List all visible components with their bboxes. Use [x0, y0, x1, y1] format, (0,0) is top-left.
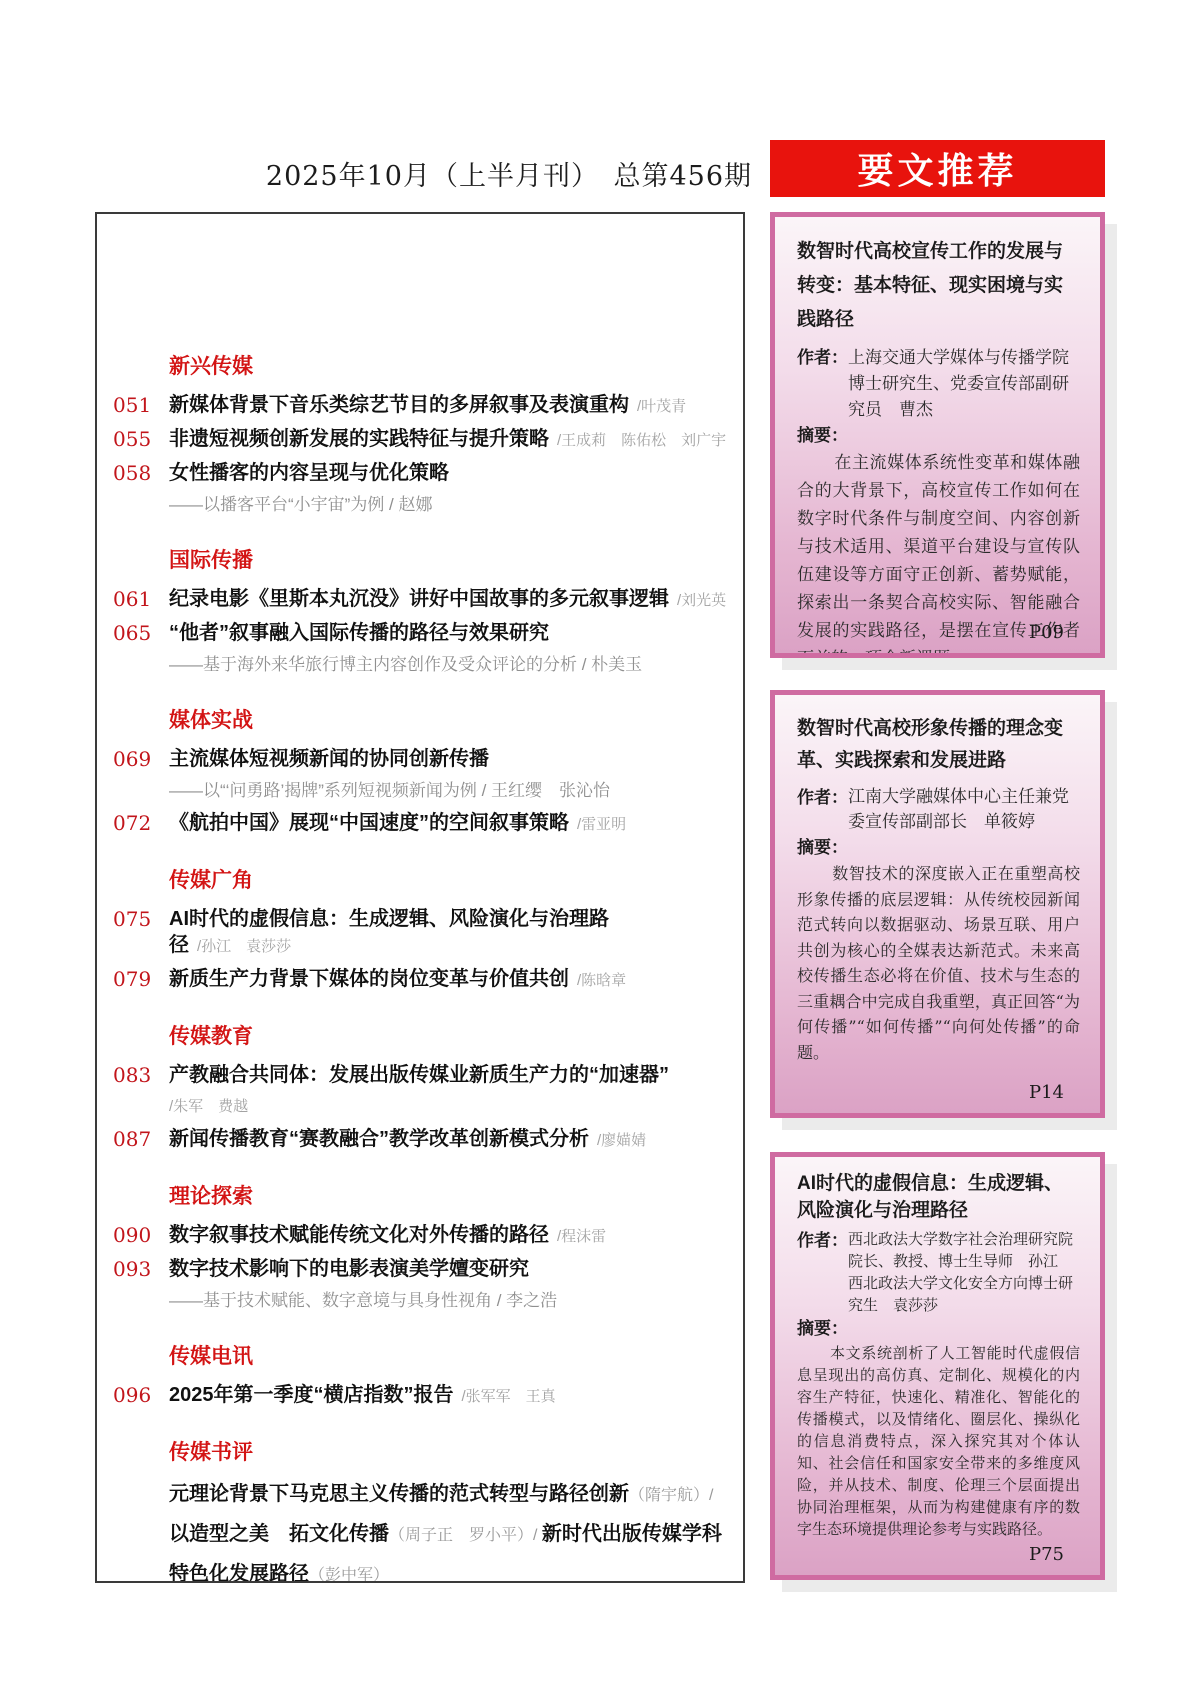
featured-author-block: 作者： 西北政法大学数字社会治理研究院院长、教授、博士生导师 孙江 西北政法大学…: [797, 1228, 1080, 1316]
entry-page-number-empty: [113, 1288, 169, 1314]
entry-page-number: 096: [113, 1382, 169, 1410]
magazine-toc-page: 2025年10月（上半月刊） 总第456期 要文推荐 新兴传媒 051 新媒体背…: [0, 0, 1190, 1682]
entry-title: 2025年第一季度“横店指数”报告/张军军 王真: [169, 1382, 727, 1410]
toc-entry-subtitle: ——基于技术赋能、数字意境与具身性视角 / 李之浩: [113, 1288, 727, 1314]
abstract-label: 摘要：: [797, 835, 1080, 861]
entry-subtitle: ——基于技术赋能、数字意境与具身性视角 / 李之浩: [169, 1288, 727, 1314]
featured-title: 数智时代高校宣传工作的发展与转变：基本特征、现实困境与实践路径: [797, 235, 1080, 337]
entry-authors: /陈晗章: [577, 972, 626, 989]
author-label: 作者：: [797, 345, 848, 423]
toc-entry-subtitle: ——以“‘问勇路’揭牌”系列短视频新闻为例 / 王红缨 张沁怡: [113, 778, 727, 804]
entry-title: 非遗短视频创新发展的实践特征与提升策略/王成莉 陈佑松 刘广宇: [169, 426, 727, 454]
entry-page-number-empty: [113, 1094, 169, 1120]
author-label: 作者：: [797, 785, 848, 835]
entry-page-number: 075: [113, 906, 169, 960]
entry-title: 新媒体背景下音乐类综艺节目的多屏叙事及表演重构/叶茂青: [169, 392, 727, 420]
featured-abstract: 数智技术的深度嵌入正在重塑高校形象传播的底层逻辑：从传统校园新闻范式转向以数据驱…: [797, 861, 1080, 1065]
entry-page-number: 061: [113, 586, 169, 614]
toc-entry: 096 2025年第一季度“横店指数”报告/张军军 王真: [113, 1382, 727, 1410]
section-heading: 新兴传媒: [169, 354, 727, 380]
entry-title: “他者”叙事融入国际传播的路径与效果研究: [169, 620, 727, 646]
entry-authors: /程沫雷: [557, 1228, 606, 1245]
toc-entry: 079 新质生产力背景下媒体的岗位变革与价值共创/陈晗章: [113, 966, 727, 994]
toc-entry: 090 数字叙事技术赋能传统文化对外传播的路径/程沫雷: [113, 1222, 727, 1250]
featured-article-card-2: 数智时代高校形象传播的理念变革、实践探索和发展进路 作者： 江南大学融媒体中心主…: [770, 690, 1105, 1118]
entry-subtitle: ——以播客平台“小宇宙”为例 / 赵娜: [169, 492, 727, 518]
section-heading: 理论探索: [169, 1184, 727, 1210]
section-heading: 传媒教育: [169, 1024, 727, 1050]
entry-page-number: 058: [113, 460, 169, 486]
toc-entry: 072 《航拍中国》展现“中国速度”的空间叙事策略/雷亚明: [113, 810, 727, 838]
entry-page-number-empty: [113, 652, 169, 678]
section-heading: 传媒广角: [169, 868, 727, 894]
toc-entry: 075 AI时代的虚假信息：生成逻辑、风险演化与治理路径/孙江 袁莎莎: [113, 906, 727, 960]
book-review-line: 以造型之美 拓文化传播（周子正 罗小平）/ 新时代出版传媒学科: [169, 1518, 727, 1552]
toc-section-theory: 理论探索 090 数字叙事技术赋能传统文化对外传播的路径/程沫雷 093 数字技…: [113, 1184, 727, 1314]
book-review-authors: （隋宇航）/: [629, 1487, 713, 1504]
author-label: 作者：: [797, 1228, 848, 1316]
abstract-label: 摘要：: [797, 423, 1080, 449]
entry-page-number: 055: [113, 426, 169, 454]
book-review-authors: （彭中军）: [309, 1567, 389, 1583]
featured-banner-title: 要文推荐: [857, 143, 1017, 194]
entry-authors: /张军军 王真: [462, 1388, 556, 1405]
entry-authors: /王成莉 陈佑松 刘广宇: [557, 432, 726, 449]
section-heading: 媒体实战: [169, 708, 727, 734]
entry-authors: /朱军 费越: [169, 1094, 727, 1120]
toc-content: 新兴传媒 051 新媒体背景下音乐类综艺节目的多屏叙事及表演重构/叶茂青 055…: [97, 214, 743, 1583]
entry-title: 纪录电影《里斯本丸沉没》讲好中国故事的多元叙事逻辑/刘光英: [169, 586, 727, 614]
book-review-line: 特色化发展路径（彭中军）: [169, 1558, 727, 1583]
entry-authors: /孙江 袁莎莎: [197, 938, 291, 955]
featured-author-block: 作者： 江南大学融媒体中心主任兼党委宣传部副部长 单筱婷: [797, 785, 1080, 835]
entry-title: 主流媒体短视频新闻的协同创新传播: [169, 746, 727, 772]
section-heading: 传媒书评: [169, 1440, 727, 1466]
entry-page-number-empty: [113, 492, 169, 518]
featured-title: AI时代的虚假信息：生成逻辑、风险演化与治理路径: [797, 1170, 1080, 1224]
toc-entry: 051 新媒体背景下音乐类综艺节目的多屏叙事及表演重构/叶茂青: [113, 392, 727, 420]
entry-authors: /雷亚明: [577, 816, 626, 833]
entry-title: 产教融合共同体：发展出版传媒业新质生产力的“加速器”: [169, 1062, 727, 1088]
toc-entry: 055 非遗短视频创新发展的实践特征与提升策略/王成莉 陈佑松 刘广宇: [113, 426, 727, 454]
entry-page-number: 083: [113, 1062, 169, 1088]
entry-page-number: 090: [113, 1222, 169, 1250]
toc-section-new-media: 新兴传媒 051 新媒体背景下音乐类综艺节目的多屏叙事及表演重构/叶茂青 055…: [113, 354, 727, 518]
toc-box: 新兴传媒 051 新媒体背景下音乐类综艺节目的多屏叙事及表演重构/叶茂青 055…: [95, 212, 745, 1583]
entry-page-number-empty: [113, 778, 169, 804]
entry-title: 新质生产力背景下媒体的岗位变革与价值共创/陈晗章: [169, 966, 727, 994]
featured-article-card-3: AI时代的虚假信息：生成逻辑、风险演化与治理路径 作者： 西北政法大学数字社会治…: [770, 1152, 1105, 1580]
featured-authors: 江南大学融媒体中心主任兼党委宣传部副部长 单筱婷: [848, 785, 1080, 835]
entry-page-number: 093: [113, 1256, 169, 1282]
entry-page-number: 065: [113, 620, 169, 646]
toc-section-international: 国际传播 061 纪录电影《里斯本丸沉没》讲好中国故事的多元叙事逻辑/刘光英 0…: [113, 548, 727, 678]
toc-entry: 087 新闻传播教育“赛教融合”教学改革创新模式分析/廖媌婧: [113, 1126, 727, 1154]
entry-page-number: 069: [113, 746, 169, 772]
toc-entry: 083 产教融合共同体：发展出版传媒业新质生产力的“加速器”: [113, 1062, 727, 1088]
featured-author-block: 作者： 上海交通大学媒体与传播学院博士研究生、党委宣传部副研究员 曹杰: [797, 345, 1080, 423]
toc-entry: 093 数字技术影响下的电影表演美学嬗变研究: [113, 1256, 727, 1282]
toc-entry-subtitle: ——以播客平台“小宇宙”为例 / 赵娜: [113, 492, 727, 518]
entry-title: 女性播客的内容呈现与优化策略: [169, 460, 727, 486]
featured-authors: 西北政法大学数字社会治理研究院院长、教授、博士生导师 孙江 西北政法大学文化安全…: [848, 1228, 1080, 1316]
featured-title: 数智时代高校形象传播的理念变革、实践探索和发展进路: [797, 713, 1080, 777]
entry-title: 《航拍中国》展现“中国速度”的空间叙事策略/雷亚明: [169, 810, 727, 838]
toc-section-media-telecom: 传媒电讯 096 2025年第一季度“横店指数”报告/张军军 王真: [113, 1344, 727, 1410]
featured-author-1: 西北政法大学数字社会治理研究院院长、教授、博士生导师 孙江: [848, 1230, 1073, 1270]
entry-authors: /廖媌婧: [597, 1132, 646, 1149]
entry-subtitle: ——以“‘问勇路’揭牌”系列短视频新闻为例 / 王红缨 张沁怡: [169, 778, 727, 804]
toc-entry: 058 女性播客的内容呈现与优化策略: [113, 460, 727, 486]
entry-title: 新闻传播教育“赛教融合”教学改革创新模式分析/廖媌婧: [169, 1126, 727, 1154]
featured-authors: 上海交通大学媒体与传播学院博士研究生、党委宣传部副研究员 曹杰: [848, 345, 1080, 423]
featured-author-2: 西北政法大学文化安全方向博士研究生 袁莎莎: [848, 1274, 1073, 1314]
toc-section-media-practice: 媒体实战 069 主流媒体短视频新闻的协同创新传播 ——以“‘问勇路’揭牌”系列…: [113, 708, 727, 838]
entry-authors: /叶茂青: [637, 398, 686, 415]
toc-section-book-review: 传媒书评 元理论背景下马克思主义传播的范式转型与路径创新（隋宇航）/ 以造型之美…: [113, 1440, 727, 1583]
book-review-authors: （周子正 罗小平）/: [389, 1527, 542, 1544]
featured-article-card-1: 数智时代高校宣传工作的发展与转变：基本特征、现实困境与实践路径 作者： 上海交通…: [770, 212, 1105, 658]
entry-page-number: 087: [113, 1126, 169, 1154]
featured-page-ref: P09: [1029, 622, 1064, 643]
section-heading: 国际传播: [169, 548, 727, 574]
toc-entry: 061 纪录电影《里斯本丸沉没》讲好中国故事的多元叙事逻辑/刘光英: [113, 586, 727, 614]
book-review-line: 元理论背景下马克思主义传播的范式转型与路径创新（隋宇航）/: [169, 1478, 727, 1512]
toc-entry: 065 “他者”叙事融入国际传播的路径与效果研究: [113, 620, 727, 646]
entry-page-number: 072: [113, 810, 169, 838]
featured-page-ref: P14: [1029, 1082, 1064, 1103]
featured-banner: 要文推荐: [770, 140, 1105, 197]
toc-entry-subtitle: ——基于海外来华旅行博主内容创作及受众评论的分析 / 朴美玉: [113, 652, 727, 678]
issue-info: 2025年10月（上半月刊） 总第456期: [0, 154, 752, 193]
entry-subtitle: ——基于海外来华旅行博主内容创作及受众评论的分析 / 朴美玉: [169, 652, 727, 678]
toc-section-media-education: 传媒教育 083 产教融合共同体：发展出版传媒业新质生产力的“加速器” /朱军 …: [113, 1024, 727, 1154]
toc-section-media-wide-angle: 传媒广角 075 AI时代的虚假信息：生成逻辑、风险演化与治理路径/孙江 袁莎莎…: [113, 868, 727, 994]
featured-abstract: 本文系统剖析了人工智能时代虚假信息呈现出的高仿真、定制化、规模化的内容生产特征，…: [797, 1342, 1080, 1540]
toc-entry: 069 主流媒体短视频新闻的协同创新传播: [113, 746, 727, 772]
section-heading: 传媒电讯: [169, 1344, 727, 1370]
entry-authors: /刘光英: [677, 592, 726, 609]
abstract-label: 摘要：: [797, 1316, 1080, 1342]
entry-page-number: 079: [113, 966, 169, 994]
entry-title: 数字叙事技术赋能传统文化对外传播的路径/程沫雷: [169, 1222, 727, 1250]
entry-title: 数字技术影响下的电影表演美学嬗变研究: [169, 1256, 727, 1282]
entry-title: AI时代的虚假信息：生成逻辑、风险演化与治理路径/孙江 袁莎莎: [169, 906, 727, 960]
toc-entry-authors-line: /朱军 费越: [113, 1094, 727, 1120]
entry-page-number: 051: [113, 392, 169, 420]
featured-page-ref: P75: [1029, 1544, 1064, 1565]
